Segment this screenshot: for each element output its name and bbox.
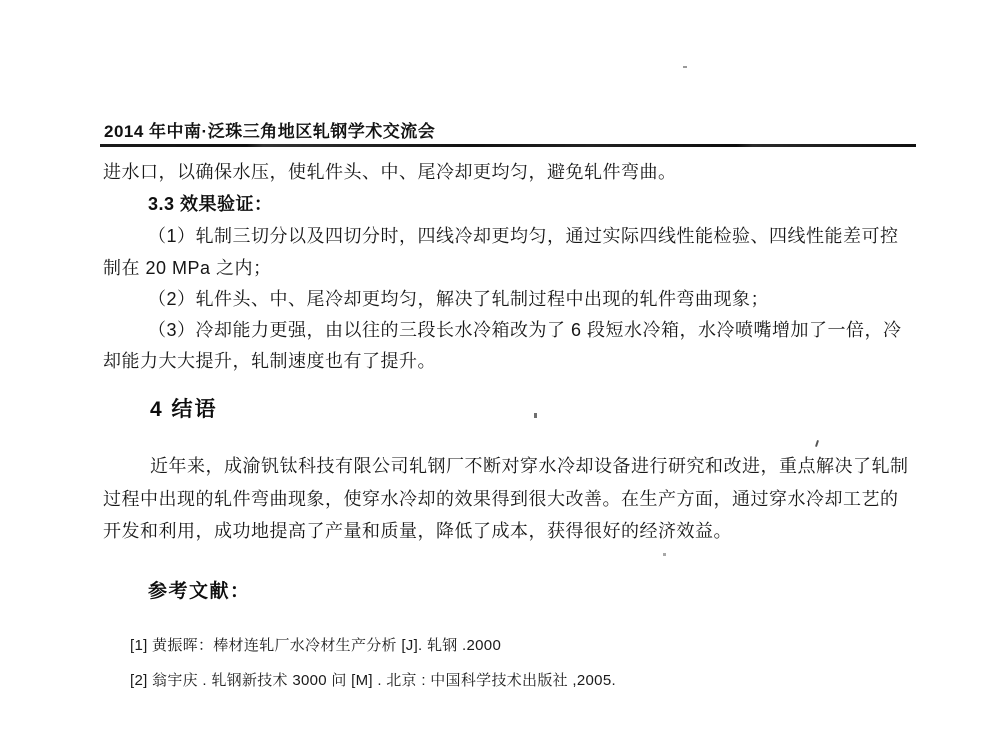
header-rule: [100, 144, 916, 147]
list-item-2: （2）轧件头、中、尾冷却更均匀，解决了轧制过程中出现的轧件弯曲现象；: [148, 285, 769, 311]
references-heading: 参考文献：: [148, 576, 251, 603]
body-line-intro: 进水口，以确保水压，使轧件头、中、尾冷却更均匀，避免轧件弯曲。: [103, 158, 677, 184]
subsection-heading-3-3: 3.3 效果验证：: [148, 190, 273, 216]
list-item-3-line-1: （3）冷却能力更强，由以往的三段长水冷箱改为了 6 段短水冷箱，水冷喷嘴增加了一…: [148, 316, 902, 342]
page-header-title: 2014 年中南·泛珠三角地区轧钢学术交流会: [104, 117, 435, 142]
scanned-paper-page: 2014 年中南·泛珠三角地区轧钢学术交流会 进水口，以确保水压，使轧件头、中、…: [0, 0, 1000, 735]
list-item-1-line-1: （1）轧制三切分以及四切分时，四线冷却更均匀，通过实际四线性能检验、四线性能差可…: [148, 222, 899, 248]
conclusion-para-line-1: 近年来，成渝钒钛科技有限公司轧钢厂不断对穿水冷却设备进行研究和改进，重点解决了轧…: [150, 452, 909, 478]
scan-speck: [663, 553, 666, 556]
reference-item-1: [1] 黄振晖：棒材连轧厂水冷材生产分析 [J]. 轧钢 .2000: [130, 634, 501, 655]
conclusion-para-line-3: 开发和利用，成功地提高了产量和质量，降低了成本，获得很好的经济效益。: [103, 517, 732, 543]
reference-item-2: [2] 翁宇庆 . 轧钢新技术 3000 问 [M] . 北京 : 中国科学技术…: [130, 669, 616, 690]
list-item-3-line-2: 却能力大大提升，轧制速度也有了提升。: [103, 347, 436, 373]
conclusion-para-line-2: 过程中出现的轧件弯曲现象，使穿水冷却的效果得到很大改善。在生产方面，通过穿水冷却…: [103, 485, 899, 511]
scan-speck: [815, 440, 819, 447]
list-item-1-line-2: 制在 20 MPa 之内；: [103, 254, 272, 280]
section-heading-conclusion: 4 结语: [150, 393, 218, 423]
scan-speck: [683, 66, 687, 68]
scan-speck: [534, 413, 537, 418]
